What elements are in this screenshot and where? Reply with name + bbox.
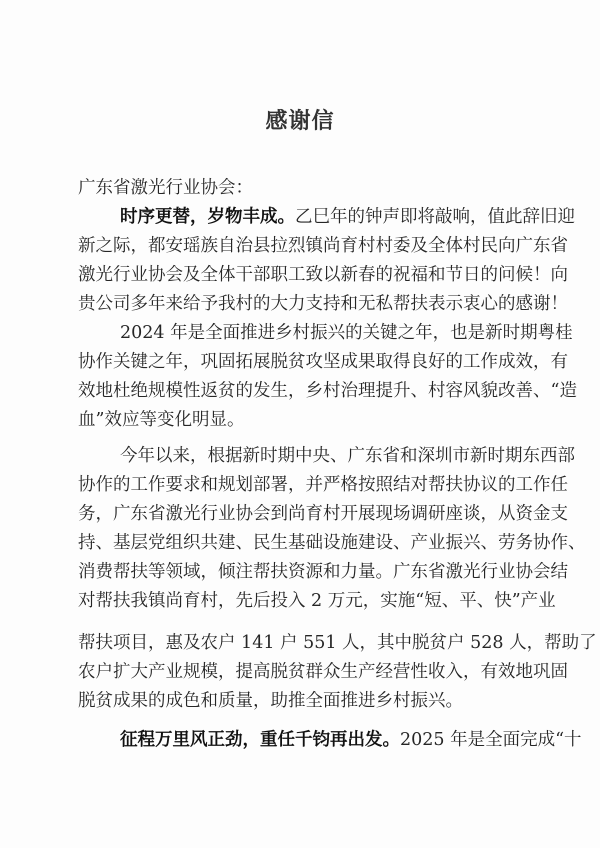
paragraph-3-line-4: 持、基层党组织共建、民生基础设施建设、产业振兴、劳务协作、 <box>78 533 522 553</box>
paragraph-3-line-2: 协作的工作要求和规划部署，并严格按照结对帮扶协议的工作任 <box>78 475 522 495</box>
paragraph-1-lead: 时序更替，岁物丰成。 <box>120 207 295 227</box>
paragraph-2-line-1: 2024 年是全面推进乡村振兴的关键之年，也是新时期粤桂 <box>120 323 522 343</box>
paragraph-1-line-3: 激光行业协会及全体干部职工致以新春的祝福和节日的问候！向 <box>78 265 522 285</box>
paragraph-3-line-6: 对帮扶我镇尚育村，先后投入 2 万元，实施“短、平、快”产业 <box>78 591 522 611</box>
paragraph-3-line-5: 消费帮扶等领域，倾注帮扶资源和力量。广东省激光行业协会结 <box>78 562 522 582</box>
salutation: 广东省激光行业协会： <box>78 178 522 198</box>
paragraph-1-line-2: 新之际，都安瑶族自治县拉烈镇尚育村村委及全体村民向广东省 <box>78 236 522 256</box>
paragraph-4-line-1: 征程万里风正劲，重任千钧再出发。2025 年是全面完成“十 <box>120 730 522 750</box>
paragraph-2-line-2: 协作关键之年，巩固拓展脱贫攻坚成果取得良好的工作成效，有 <box>78 352 522 372</box>
paragraph-2-line-3: 效地杜绝规模性返贫的发生，乡村治理提升、村容风貌改善、“造 <box>78 381 522 401</box>
letter-page: 感谢信 广东省激光行业协会： 时序更替，岁物丰成。乙巳年的钟声即将敲响，值此辞旧… <box>0 0 600 848</box>
paragraph-1-line-4: 贵公司多年来给予我村的大力支持和无私帮扶表示衷心的感谢！ <box>78 294 522 314</box>
paragraph-1-line-1: 时序更替，岁物丰成。乙巳年的钟声即将敲响，值此辞旧迎 <box>120 207 522 227</box>
letter-title: 感谢信 <box>0 104 600 135</box>
paragraph-3-line-7: 帮扶项目，惠及农户 141 户 551 人，其中脱贫户 528 人，帮助了 <box>78 633 522 653</box>
paragraph-4-lead: 征程万里风正劲，重任千钧再出发。 <box>120 730 400 750</box>
paragraph-3-line-1: 今年以来，根据新时期中央、广东省和深圳市新时期东西部 <box>120 446 522 466</box>
paragraph-3-line-8: 农户扩大产业规模，提高脱贫群众生产经营性收入，有效地巩固 <box>78 662 522 682</box>
paragraph-3-line-3: 务，广东省激光行业协会到尚育村开展现场调研座谈，从资金支 <box>78 504 522 524</box>
paragraph-2-line-4: 血”效应等变化明显。 <box>78 410 522 430</box>
paragraph-3-line-9: 脱贫成果的成色和质量，助推全面推进乡村振兴。 <box>78 691 522 711</box>
